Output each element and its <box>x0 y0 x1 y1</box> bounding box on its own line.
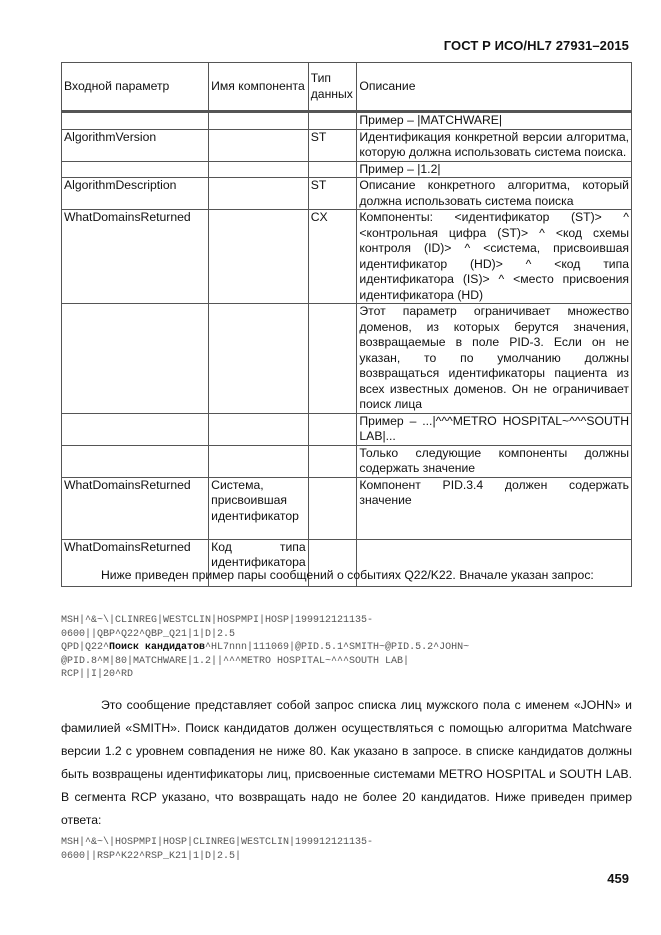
table-row: AlgorithmDescription ST Описание конкрет… <box>62 178 632 210</box>
explanation-paragraph: Это сообщение представляет собой запрос … <box>61 694 632 832</box>
cell-type <box>308 477 357 539</box>
cell-type <box>308 112 357 130</box>
code-line: RCP||I|20^RD <box>61 669 133 680</box>
cell-description: Компоненты: <идентификатор (ST)> ^ <конт… <box>357 210 632 304</box>
code-bold-text: Поиск кандидатов <box>109 642 205 653</box>
column-header-component-name: Имя компонента <box>209 63 309 112</box>
table-row: Только следующие компоненты должны содер… <box>62 445 632 477</box>
code-line: 0600||RSP^K22^RSP_K21|1|D|2.5| <box>61 851 241 862</box>
table-row: WhatDomainsReturned CX Компоненты: <иден… <box>62 210 632 304</box>
response-message-code: MSH|^&~\|HOSPMPI|HOSP|CLINREG|WESTCLIN|1… <box>61 836 373 863</box>
code-line: ^HL7nnn|111069|@PID.5.1^SMITH~@PID.5.2^J… <box>205 642 469 653</box>
document-header: ГОСТ Р ИСО/HL7 27931–2015 <box>444 38 629 53</box>
cell-component <box>209 112 309 130</box>
cell-component: Система, присвоившая идентификатор <box>209 477 309 539</box>
code-line: 0600||QBP^Q22^QBP_Q21|1|D|2.5 <box>61 629 235 640</box>
cell-description: Пример – ...|^^^METRO HOSPITAL~^^^SOUTH … <box>357 413 632 445</box>
code-line: MSH|^&~\|HOSPMPI|HOSP|CLINREG|WESTCLIN|1… <box>61 837 373 848</box>
cell-description: Компонент PID.3.4 должен содержать значе… <box>357 477 632 539</box>
cell-param: WhatDomainsReturned <box>62 477 209 539</box>
cell-param: WhatDomainsReturned <box>62 210 209 304</box>
cell-type <box>308 161 357 178</box>
cell-component <box>209 210 309 304</box>
cell-type <box>308 304 357 414</box>
column-header-data-type: Тип данных <box>308 63 357 112</box>
table-header-row: Входной параметр Имя компонента Тип данн… <box>62 63 632 112</box>
cell-component <box>209 178 309 210</box>
page-number: 459 <box>607 871 629 886</box>
query-message-code: MSH|^&~\|CLINREG|WESTCLIN|HOSPMPI|HOSP|1… <box>61 614 469 682</box>
table-row: Пример – |MATCHWARE| <box>62 112 632 130</box>
cell-component <box>209 304 309 414</box>
code-line: @PID.8^M|80|MATCHWARE|1.2||^^^METRO HOSP… <box>61 656 409 667</box>
table-row: Пример – |1.2| <box>62 161 632 178</box>
cell-param <box>62 445 209 477</box>
cell-component <box>209 445 309 477</box>
table-row: Пример – ...|^^^METRO HOSPITAL~^^^SOUTH … <box>62 413 632 445</box>
table-row: WhatDomainsReturned Система, присвоившая… <box>62 477 632 539</box>
cell-component <box>209 161 309 178</box>
cell-param <box>62 161 209 178</box>
cell-description: Пример – |1.2| <box>357 161 632 178</box>
cell-param <box>62 112 209 130</box>
cell-description: Этот параметр ограничивает множество дом… <box>357 304 632 414</box>
cell-type: ST <box>308 178 357 210</box>
cell-param: AlgorithmVersion <box>62 129 209 161</box>
intro-paragraph: Ниже приведен пример пары сообщений о со… <box>61 564 632 587</box>
cell-type <box>308 445 357 477</box>
cell-description: Пример – |MATCHWARE| <box>357 112 632 130</box>
code-line: MSH|^&~\|CLINREG|WESTCLIN|HOSPMPI|HOSP|1… <box>61 615 373 626</box>
cell-param <box>62 304 209 414</box>
table-row: AlgorithmVersion ST Идентификация конкре… <box>62 129 632 161</box>
cell-description: Описание конкретного алгоритма, который … <box>357 178 632 210</box>
cell-component <box>209 129 309 161</box>
cell-param <box>62 413 209 445</box>
column-header-input-param: Входной параметр <box>62 63 209 112</box>
parameter-table: Входной параметр Имя компонента Тип данн… <box>61 62 632 587</box>
cell-component <box>209 413 309 445</box>
column-header-description: Описание <box>357 63 632 112</box>
cell-type <box>308 413 357 445</box>
table-row: Этот параметр ограничивает множество дом… <box>62 304 632 414</box>
cell-param: AlgorithmDescription <box>62 178 209 210</box>
code-line: QPD|Q22^ <box>61 642 109 653</box>
cell-type: ST <box>308 129 357 161</box>
cell-description: Только следующие компоненты должны содер… <box>357 445 632 477</box>
cell-type: CX <box>308 210 357 304</box>
cell-description: Идентификация конкретной версии алгоритм… <box>357 129 632 161</box>
